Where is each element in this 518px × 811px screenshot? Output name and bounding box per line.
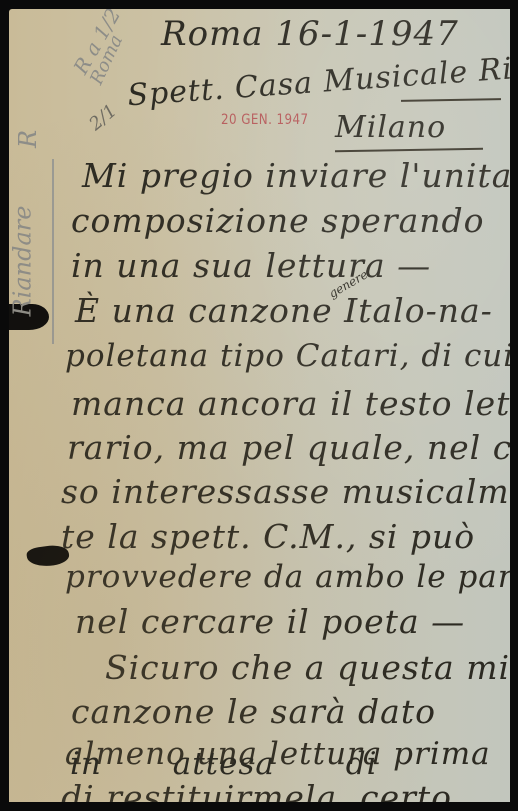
body-line: provvedere da ambo le parti bbox=[65, 562, 510, 593]
addressee: Spett. Casa Musicale Ricordi bbox=[127, 49, 510, 112]
received-date-stamp: 20 GEN. 1947 bbox=[221, 112, 309, 128]
city: Milano bbox=[335, 113, 446, 143]
pencil-margin-rule bbox=[52, 159, 54, 344]
body-line: nel cercare il poeta — bbox=[75, 605, 465, 638]
pencil-margin-initial: R bbox=[16, 130, 40, 148]
body-line: te la spett. C.M., si può bbox=[61, 520, 475, 553]
body-line: composizione sperando bbox=[71, 204, 485, 237]
body-line: in una sua lettura — bbox=[71, 249, 431, 282]
body-line: poletana tipo Catari, di cui bbox=[65, 341, 510, 372]
place-date: Roma 16-1-1947 bbox=[161, 17, 459, 51]
body-line-last: in attesa di bbox=[70, 749, 377, 780]
letter-page: R a 1/2 Roma 2/1 R Riandare Roma 16-1-19… bbox=[9, 9, 510, 802]
addressee-underline bbox=[401, 98, 501, 102]
body-line: È una canzone Italo-na- bbox=[75, 294, 493, 327]
pencil-margin-note: Riandare bbox=[10, 206, 34, 317]
pencil-note-fraction: 2/1 bbox=[87, 102, 121, 134]
body-line: canzone le sarà dato bbox=[71, 695, 436, 728]
body-line: di restituirmela, certo bbox=[61, 781, 452, 802]
body-line: Mi pregio inviare l'unita bbox=[82, 159, 510, 192]
city-underline bbox=[335, 148, 483, 153]
body-line: so interessasse musicalmen- bbox=[61, 475, 510, 508]
body-line: Sicuro che a questa mia bbox=[105, 651, 510, 684]
body-line: rario, ma pel quale, nel ca- bbox=[67, 431, 510, 464]
body-line: manca ancora il testo lette- bbox=[71, 387, 510, 420]
